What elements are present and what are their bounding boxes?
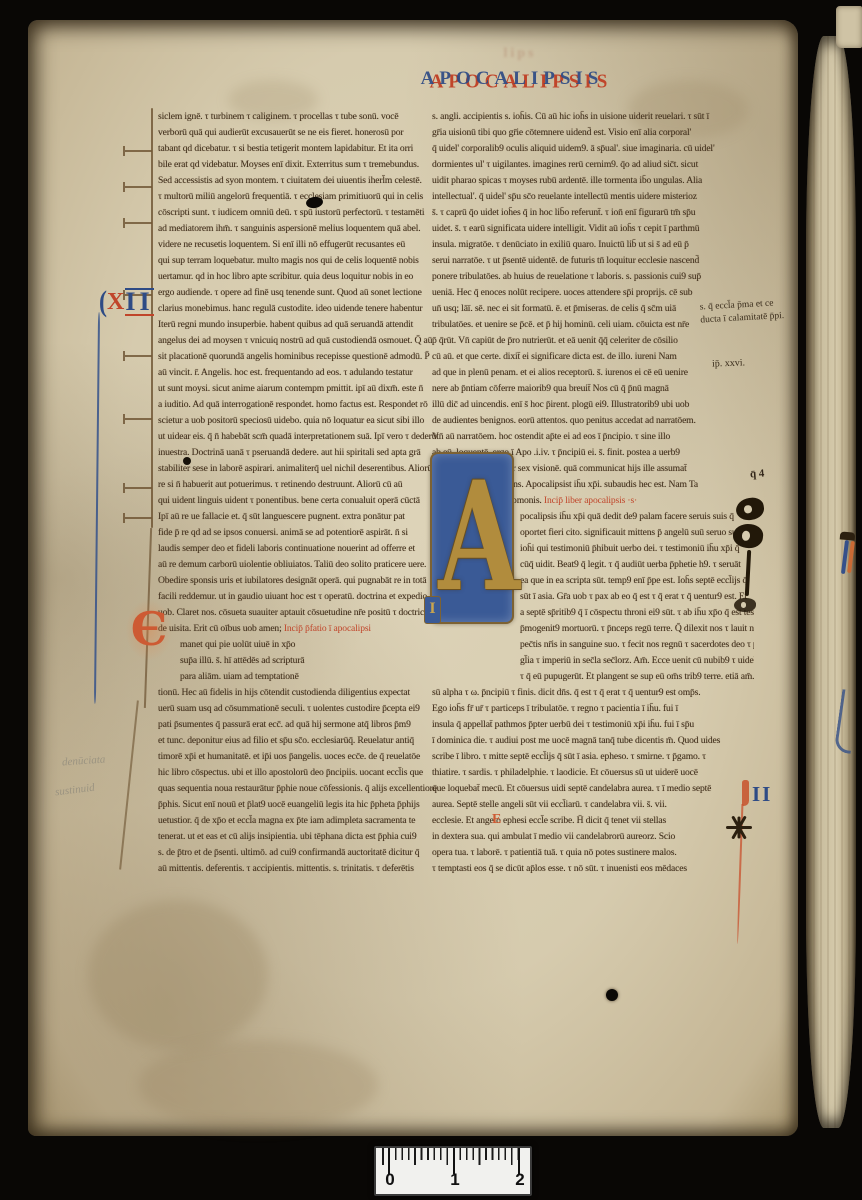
text-line: ut uidear eis. q̄ n̄ habebāt scm̄ quadā … xyxy=(158,429,439,445)
text-line: uertamur. qd in hoc libro apte scribitur… xyxy=(158,269,439,285)
text-line: τ multorū miliū angelorū frequentiā. τ e… xyxy=(158,189,439,205)
text-line: re si n̄ habuerit aut potuerimus. τ reti… xyxy=(158,477,439,493)
text-line: a iuditio. Ad quā interrogationē respond… xyxy=(158,397,439,413)
text-line: Ego ioh̄s fr̄ ur̄ τ particeps ī tribulat… xyxy=(432,701,754,717)
text-line: ecclesie. Et angelo ephesi eccl̄e scribe… xyxy=(432,813,754,829)
text-line: uerū suam usq ad cōsummationē seculi. τ … xyxy=(158,701,439,717)
text-line: qui uident linguis uident τ ponentibus. … xyxy=(158,493,439,509)
text-line: aurea. Septē stelle angeli sūt vii eccl̄… xyxy=(432,797,754,813)
text-line: qui sup terram loquebatur. multo magis n… xyxy=(158,253,439,269)
text-line: de uisita. Erit cū oībus uob amen; Incip… xyxy=(158,621,439,637)
text-line: gr̄ia uisionū tibi quo gr̄ie cōtemnere u… xyxy=(432,125,754,141)
text-line: quas sequentia noua restaurātur p̄phie n… xyxy=(158,781,439,797)
text-line: thiatire. τ sardis. τ philadelphie. τ la… xyxy=(432,765,754,781)
text-line: para aliām. uiam ad temptationē xyxy=(158,669,439,685)
text-line: q̄ uidel' corporalib9 oculis aliquid uid… xyxy=(432,141,754,157)
margin-small-marks: q̄ 4 xyxy=(750,468,765,482)
text-line: aū re demum carborū uiolentie obliuiatos… xyxy=(158,557,439,573)
text-line: sit placationē quorundā angelis hominibu… xyxy=(158,349,439,365)
text-line: laudis semper deo et fideli laboris cont… xyxy=(158,541,439,557)
text-line: fide p̄ re qd ad se ipsos conuersi. anim… xyxy=(158,525,439,541)
chapter-numeral-right: II xyxy=(752,782,772,807)
running-title: APOCALIPSIS APOCALIPSIS xyxy=(392,68,642,102)
text-line: uidet. s̄. τ earū significata uidere int… xyxy=(432,221,754,237)
ruling-tick xyxy=(124,487,152,489)
numeral-red-part: X xyxy=(107,289,124,316)
text-line: opera tua. τ laborē. τ patientiā tuā. τ … xyxy=(432,845,754,861)
text-line: facili reddemur. ut in gaudio uiuant hoc… xyxy=(158,589,439,605)
stain xyxy=(88,900,268,1050)
illuminated-initial-a-panel: A xyxy=(430,452,514,624)
text-line: de audientes benignos. eorū attentos. qu… xyxy=(432,413,754,429)
text-line: intellectual'. q̄ uidel' sp̄u sc̄o reuel… xyxy=(432,189,754,205)
text-line: inuestra. Doctrinā uanā τ pseruandā dede… xyxy=(158,445,439,461)
text-line: et tunc. deponitur eius ad filio et sp̄u… xyxy=(158,733,439,749)
ruling-tick xyxy=(124,355,152,357)
fore-edge-strip xyxy=(806,36,856,1128)
text-line: clarius monebimus. hanc regulā custodite… xyxy=(158,301,439,317)
text-line: insula q̄ appellat̄ pathmos p̄pter uerbū… xyxy=(432,717,754,733)
text-line: τ q̄ eū pupugerūt. Et plangent se sup eū… xyxy=(432,669,754,685)
text-line: siclem ignē. τ turbinem τ caliginem. τ p… xyxy=(158,109,439,125)
text-line: manet qui pie uolūt uiuē in xp̄o xyxy=(158,637,439,653)
text-line: ī dominica die. τ audiui post me uocē ma… xyxy=(432,733,754,749)
text-line: uetustior. q̄ de xp̄o et eccl̄a magna ex… xyxy=(158,813,439,829)
text-line: serui narratōe. τ ut p̄sentē uidentē. de… xyxy=(432,253,754,269)
text-line: illū dic̄ ad uincendis. enī s̄ hoc p̄ire… xyxy=(432,397,754,413)
text-line: Obedire sponsis uris et iubilatores desi… xyxy=(158,573,439,589)
small-hole xyxy=(183,457,191,465)
text-line: in dextera sua. qui ambulat ī medio vii … xyxy=(432,829,754,845)
text-line: p̄phis. Sicut enī nouū et p̄lat9 uocē eu… xyxy=(158,797,439,813)
numeral-blue-part: II xyxy=(125,288,153,316)
wormhole xyxy=(606,989,618,1001)
ruling-tick xyxy=(124,150,152,152)
ruling-tick xyxy=(124,418,152,420)
chapter-numeral-left: ( X II xyxy=(98,286,154,318)
manuscript-photo: lips APOCALIPSIS APOCALIPSIS ( X II sicl… xyxy=(0,0,862,1200)
text-line: ponere tribulatōes. ab huius de reuelati… xyxy=(432,269,754,285)
text-line: sup̄a illū. s̄. hī attēdēs ad scripturā xyxy=(158,653,439,669)
text-line: cū aū. et que certe. dixit̄ ei significa… xyxy=(432,349,754,365)
text-line: pec̄tis nr̄is in sanguine suo. τ fecit n… xyxy=(432,637,754,653)
initial-a-letter: A xyxy=(438,442,505,632)
text-line: s. de p̄tro et de p̄senti. ultimō. ad cu… xyxy=(158,845,439,861)
text-line: aū vincit. r̄. Angelis. hoc est. frequen… xyxy=(158,365,439,381)
nota-mark-scribble xyxy=(734,598,756,612)
text-line: angelus dei ad moysen τ vnicuiq nostrū a… xyxy=(158,333,439,349)
numeral-bracket: ( xyxy=(99,285,107,319)
text-line: ueniā. Hec q̄ enoces nolūt recipere. uoc… xyxy=(432,285,754,301)
text-line: Ipī aū re ue fallacie et. q̄ sūt langues… xyxy=(158,509,439,525)
text-line: uidit pharao spicas τ moyses rubū ardent… xyxy=(432,173,754,189)
ruling-tick xyxy=(124,517,152,519)
ruling-tick xyxy=(124,186,152,188)
ruler-label: 0 xyxy=(380,1170,400,1190)
text-line: verborū quā qui audierūt excusauerūt se … xyxy=(158,125,439,141)
margin-gloss-reference: ip̄. xxvi. xyxy=(712,357,745,369)
text-line: pati p̄sumentes q̄ passurā erat ecc̄. ad… xyxy=(158,717,439,733)
text-line: cōscripti sunt. τ iudicem omniū deū. τ s… xyxy=(158,205,439,221)
text-line: tionū. Hec aū fidelis in hijs cōtendit c… xyxy=(158,685,439,701)
text-line: Iterū regni mundo insuperbie. habent qui… xyxy=(158,317,439,333)
text-line: hic libro cōspectus. ubi et illo apostol… xyxy=(158,765,439,781)
text-line: gl̄ia τ imperiū in sec̄la sec̄lorz. Am̄.… xyxy=(432,653,754,669)
running-title-blue-layer: APOCALIPSIS xyxy=(387,68,637,90)
red-paraph-mark xyxy=(742,780,749,806)
text-line: uob. Claret nos. cōsueta suauiter aptaui… xyxy=(158,605,439,621)
text-line: scribe ī libro. τ mitte septē eccl̄ijs q… xyxy=(432,749,754,765)
text-line: ut sunt moysi. sicut anime aiarum contem… xyxy=(158,381,439,397)
text-line: p̄ q̄rūt. Vn̄ capiūt de p̄ro nutrierūt. … xyxy=(432,333,754,349)
text-line: s̄. τ caprū q̄o uidet ioh̄es q̄ in hoc l… xyxy=(432,205,754,221)
ruler-label: 1 xyxy=(445,1170,465,1190)
ruler-label: 2 xyxy=(510,1170,530,1190)
scale-ruler: 012 xyxy=(374,1146,532,1196)
text-line: timorē xp̄i et humanitatē. et ip̄i uos p… xyxy=(158,749,439,765)
text-line: bile erat qd videbatur. Moyses enī dixit… xyxy=(158,157,439,173)
text-line: tabant qd dicebatur. τ si bestia tetiger… xyxy=(158,141,439,157)
stain xyxy=(138,1040,378,1130)
rubric-incipit: Incip̄ liber apocalipsis ·s· xyxy=(544,495,637,506)
text-line: aū mittentis. deferentis. τ accipientis.… xyxy=(158,861,439,877)
text-line: sū alpha τ ω. p̄ncipiū τ finis. dicit dn… xyxy=(432,685,754,701)
ruling-tick xyxy=(124,222,152,224)
text-line: dormientes ul' τ uigilantes. imagines re… xyxy=(432,157,754,173)
penwork-initial-e: Є xyxy=(126,600,172,660)
margin-ruling-line xyxy=(151,108,153,528)
text-line: s. angli. accipientis s. ioh̄is. Cū aū h… xyxy=(432,109,754,125)
line-filler-ornament: I xyxy=(424,596,441,624)
text-line: scietur a uob positorū speciosū uidebo. … xyxy=(158,413,439,429)
text-line: tenerat. ut et eas et cū alijs insipient… xyxy=(158,829,439,845)
text-line: ad mediatorem ihm̄. τ sanguinis aspersio… xyxy=(158,221,439,237)
rubric-incipit: Incip̄ p̄fatio ī apocalipsi xyxy=(284,623,371,634)
text-line: nere ab p̄ntiam cōferre maiorib9 qua bre… xyxy=(432,381,754,397)
text-line: insula. migratōe. τ denūciato in exiliū … xyxy=(432,237,754,253)
text-line: videre ne recusetis loquentem. Si enī il… xyxy=(158,237,439,253)
ghost-title-offset: lips xyxy=(440,46,600,62)
asterisk-nota-mark xyxy=(726,814,752,840)
left-text-column: siclem ignē. τ turbinem τ caliginem. τ p… xyxy=(158,109,439,877)
corner-tab xyxy=(836,6,862,48)
small-red-initial: E xyxy=(492,812,501,828)
text-line: ad que in plenū penam. et ei alios recep… xyxy=(432,365,754,381)
text-line: ergo audiende. τ opere ad finē usq tenen… xyxy=(158,285,439,301)
text-line: τ temptasti eos q̄ se dicūt ap̄los esse.… xyxy=(432,861,754,877)
text-line: stabiliter sese in laborē aspirari. anim… xyxy=(158,461,439,477)
text-line: que loquebat̄ mecū. Et cōuersus uidi sep… xyxy=(432,781,754,797)
text-line: Sed accessistis ad syon montem. τ ciuita… xyxy=(158,173,439,189)
